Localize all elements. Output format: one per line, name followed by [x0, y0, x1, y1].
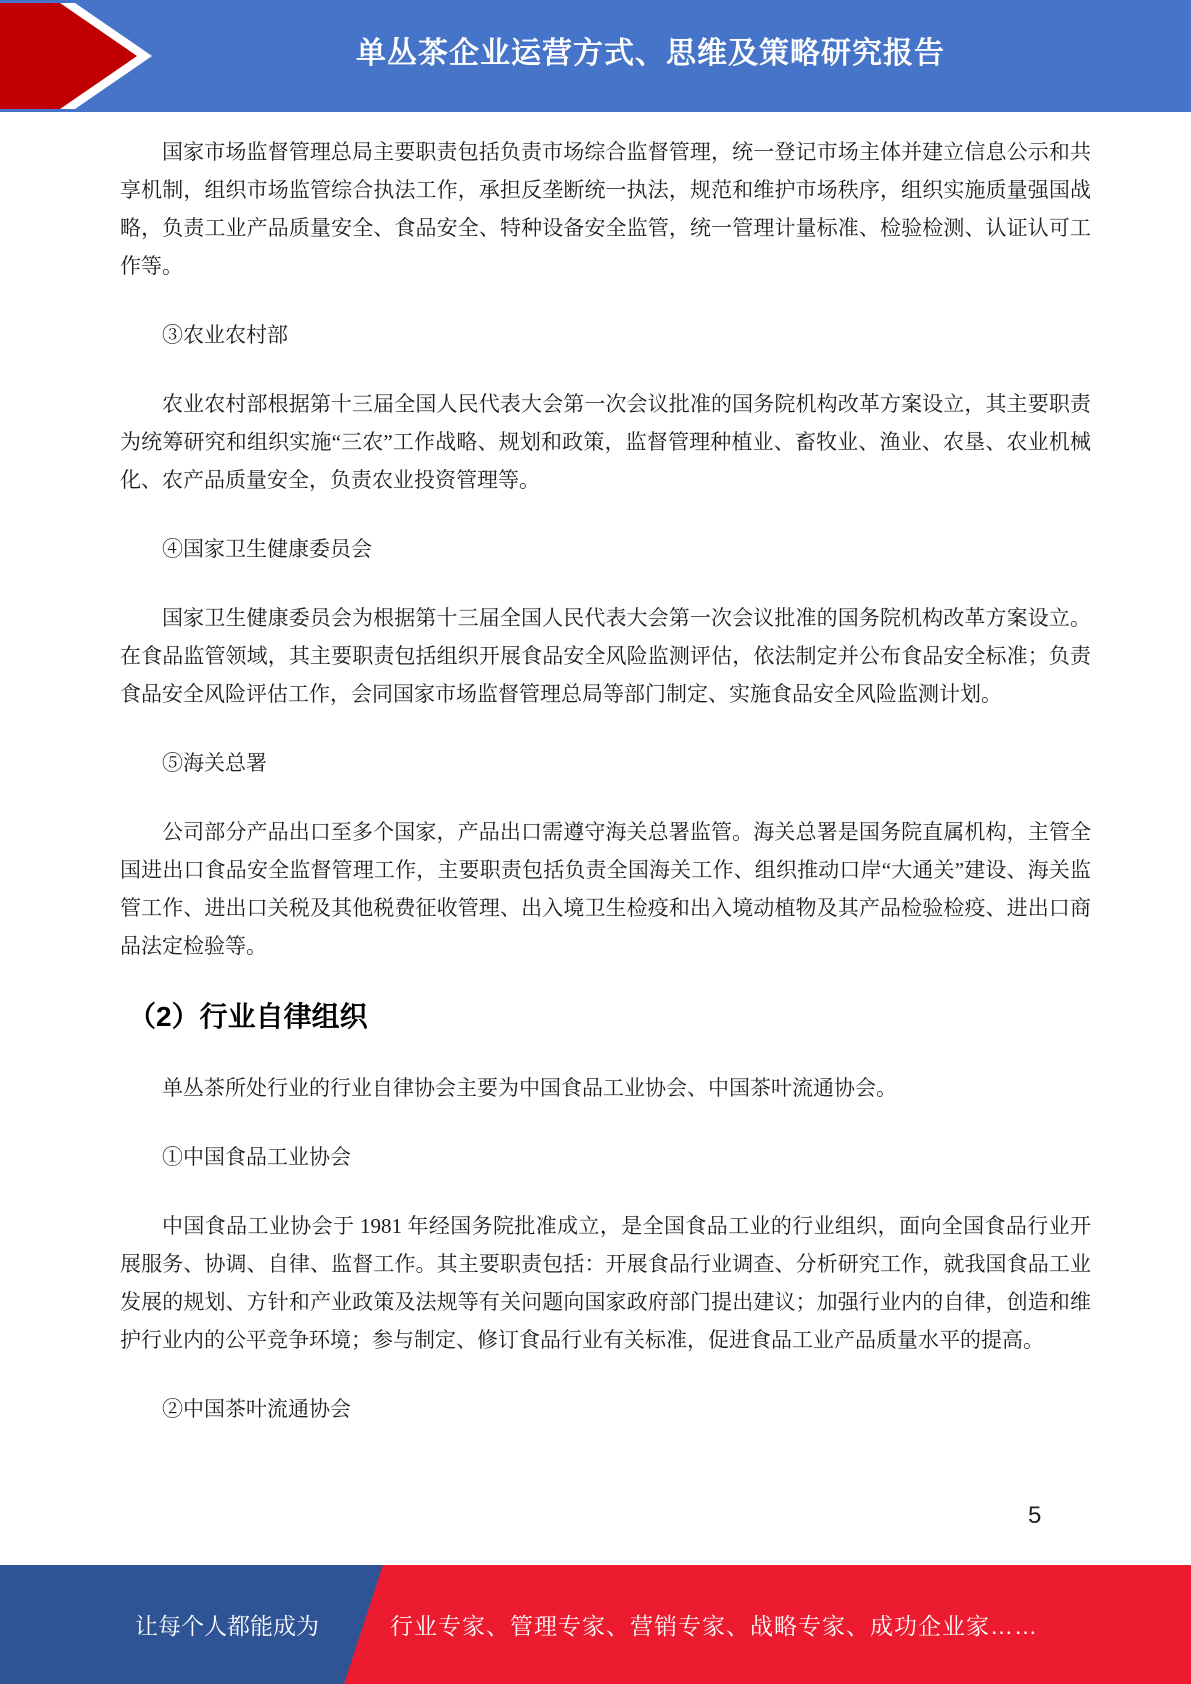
- header-bar: 单丛茶企业运营方式、思维及策略研究报告: [0, 0, 1191, 112]
- subheading-tea-circulation-association: ②中国茶叶流通协会: [120, 1390, 1091, 1428]
- footer-right-slogan: 行业专家、管理专家、营销专家、战略专家、成功企业家……: [390, 1565, 1038, 1684]
- footer-bar: 让每个人都能成为 行业专家、管理专家、营销专家、战略专家、成功企业家……: [0, 1565, 1191, 1684]
- paragraph-industry-associations: 单丛茶所处行业的行业自律协会主要为中国食品工业协会、中国茶叶流通协会。: [120, 1069, 1091, 1107]
- subheading-health-commission: ④国家卫生健康委员会: [120, 530, 1091, 568]
- subheading-agriculture-ministry: ③农业农村部: [120, 316, 1091, 354]
- subheading-customs: ⑤海关总署: [120, 744, 1091, 782]
- section-heading-industry-self-regulation: （2）行业自律组织: [120, 996, 1091, 1038]
- page-title: 单丛茶企业运营方式、思维及策略研究报告: [150, 0, 1151, 100]
- header-arrow-icon: [0, 3, 166, 109]
- paragraph-food-industry-association: 中国食品工业协会于 1981 年经国务院批准成立，是全国食品工业的行业组织，面向…: [120, 1207, 1091, 1359]
- paragraph-agriculture-ministry: 农业农村部根据第十三届全国人民代表大会第一次会议批准的国务院机构改革方案设立，其…: [120, 385, 1091, 499]
- document-body: 国家市场监督管理总局主要职责包括负责市场综合监督管理，统一登记市场主体并建立信息…: [120, 112, 1091, 1459]
- paragraph-market-regulation: 国家市场监督管理总局主要职责包括负责市场综合监督管理，统一登记市场主体并建立信息…: [120, 133, 1091, 285]
- arrow-red-pentagon-icon: [0, 3, 137, 109]
- paragraph-health-commission: 国家卫生健康委员会为根据第十三届全国人民代表大会第一次会议批准的国务院机构改革方…: [120, 599, 1091, 713]
- report-page: 单丛茶企业运营方式、思维及策略研究报告 国家市场监督管理总局主要职责包括负责市场…: [0, 0, 1191, 1684]
- subheading-food-industry-association: ①中国食品工业协会: [120, 1138, 1091, 1176]
- paragraph-customs: 公司部分产品出口至多个国家，产品出口需遵守海关总署监管。海关总署是国务院直属机构…: [120, 813, 1091, 965]
- footer-left-slogan: 让每个人都能成为: [135, 1565, 319, 1684]
- page-number: 5: [1028, 1502, 1041, 1530]
